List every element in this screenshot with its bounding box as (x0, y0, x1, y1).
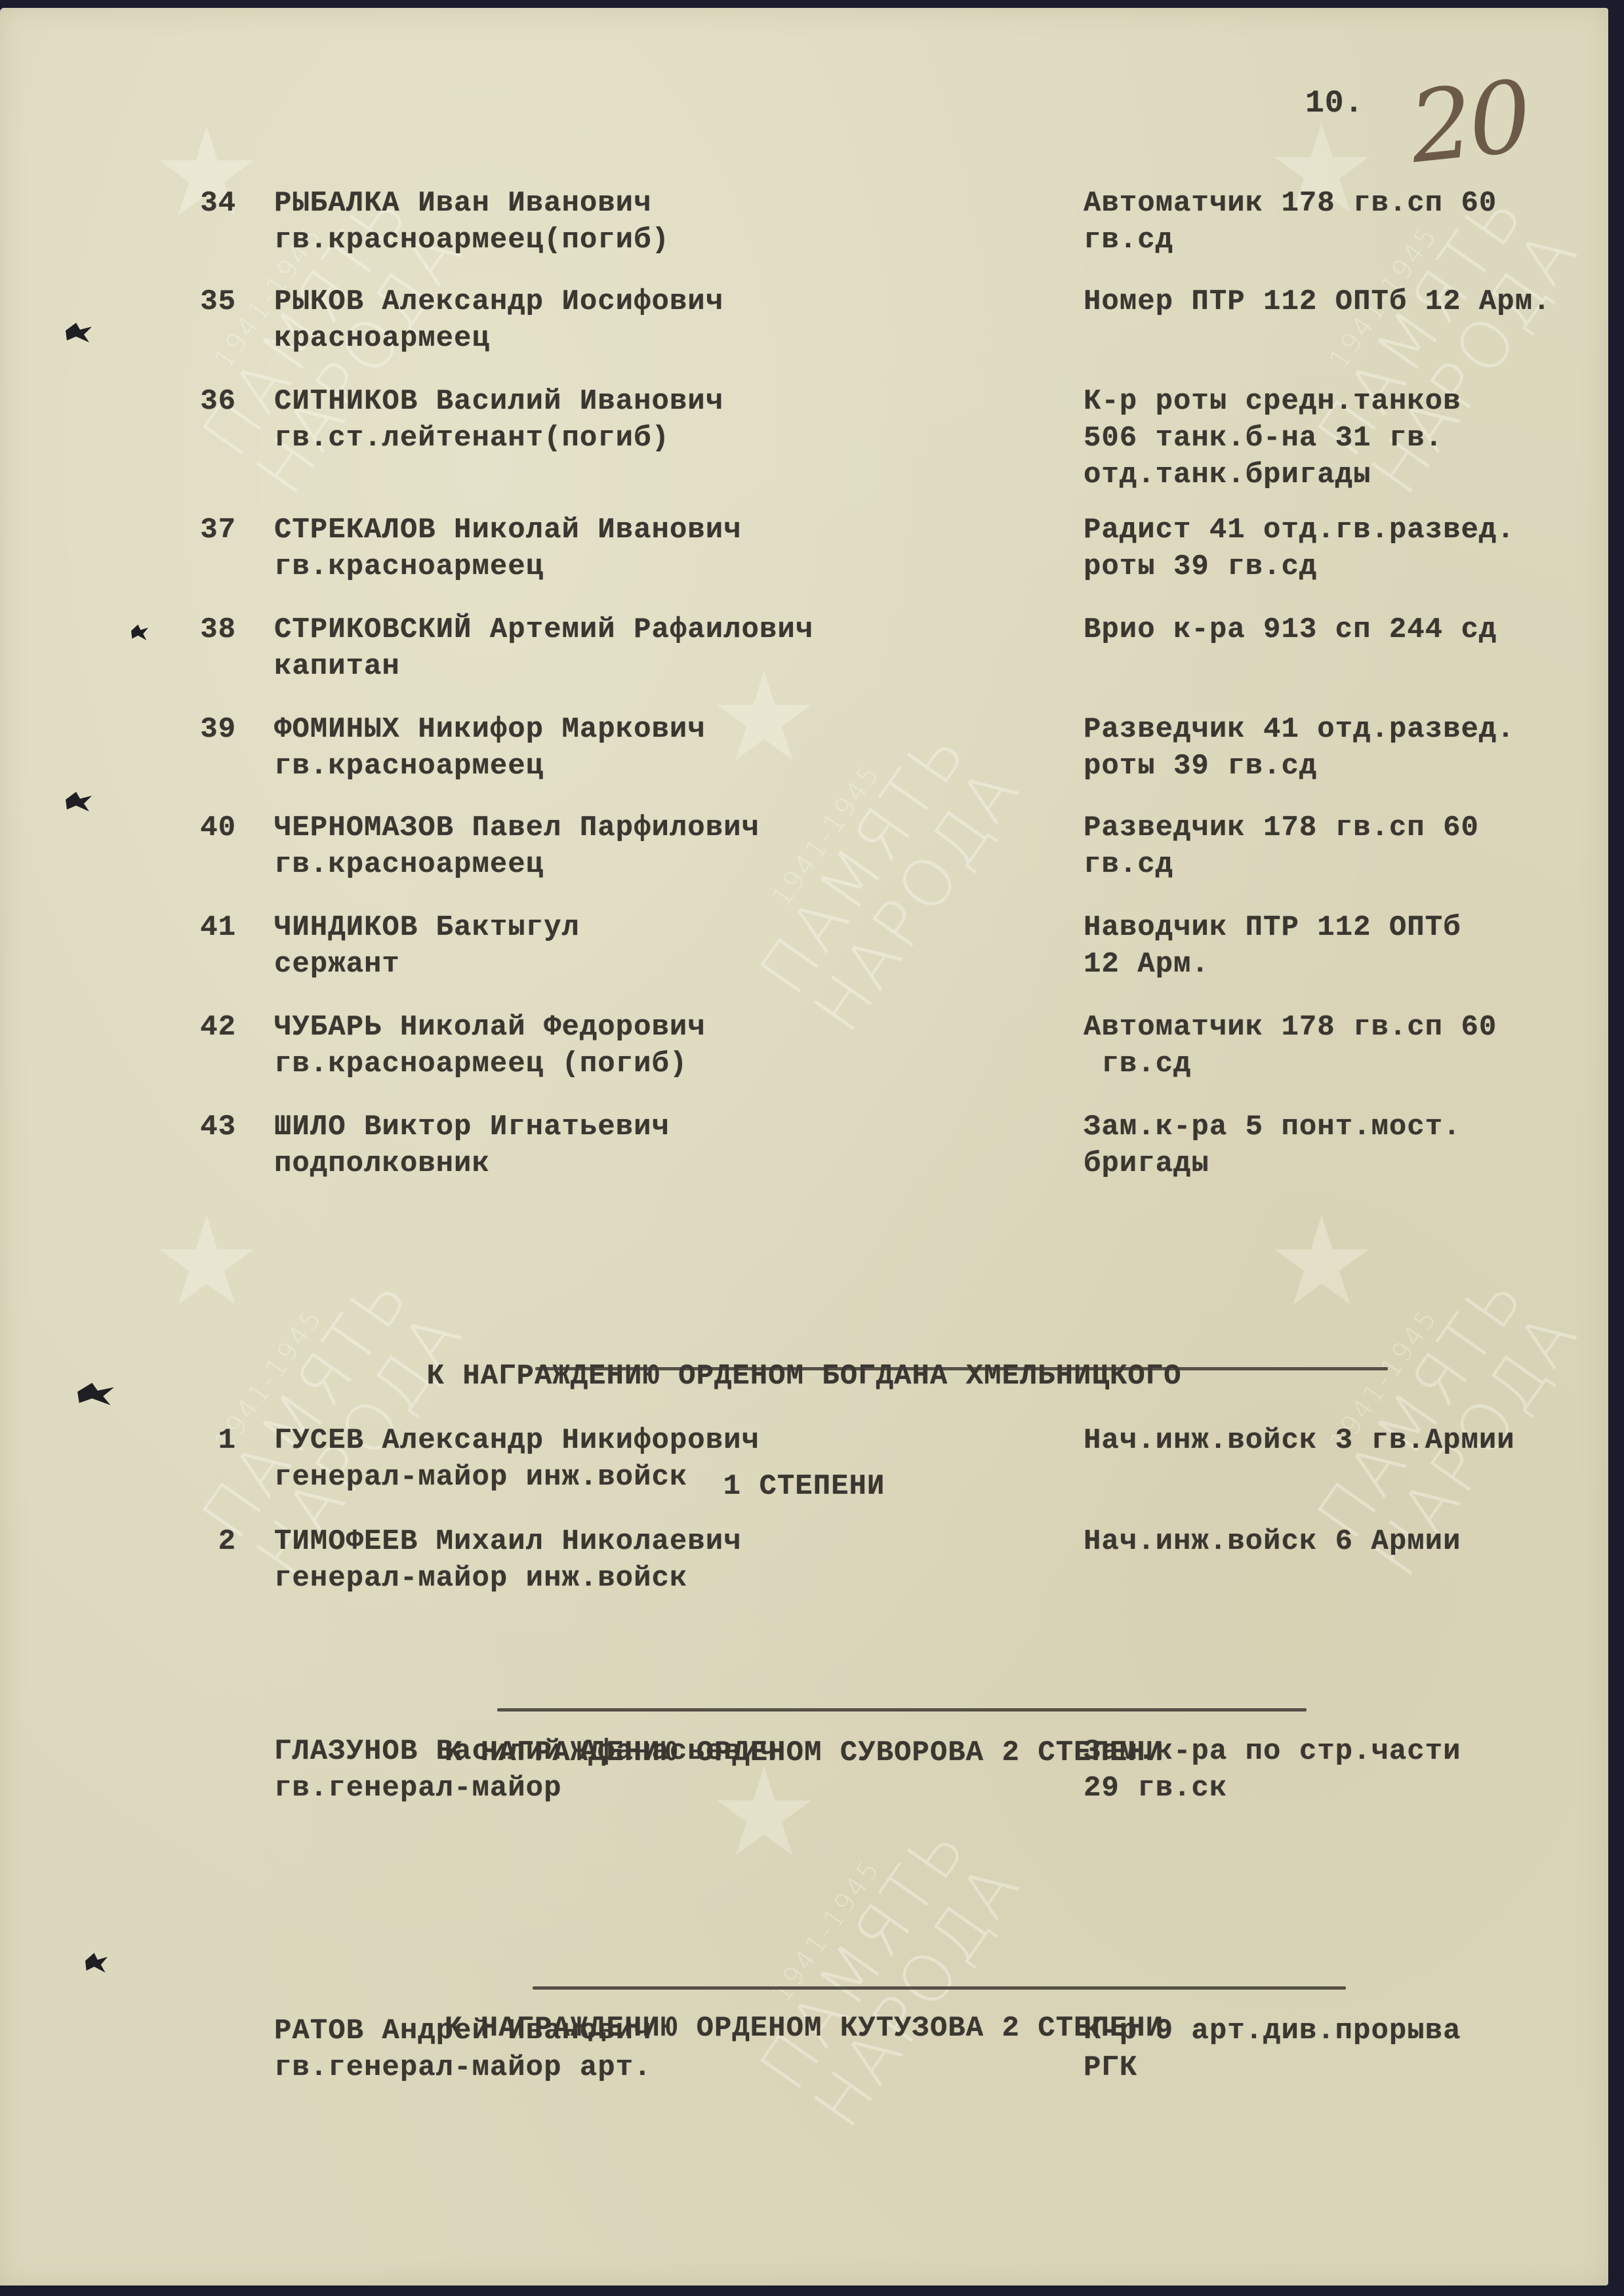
person-rank: гв.генерал-майор (274, 1770, 777, 1807)
person-position: Врио к-ра 913 сп 244 сд (1084, 611, 1497, 648)
person-rank: гв.генерал-майор арт. (274, 2049, 652, 2086)
person-name: ЧУБАРЬ Николай Федорович (274, 1009, 706, 1046)
entry-number: 34 (184, 185, 236, 222)
position-line: Зам.к-ра по стр.части (1084, 1733, 1461, 1770)
page-number: 10. (1305, 85, 1364, 122)
position-line: гв.сд (1084, 1046, 1497, 1082)
entry-number: 1 (184, 1422, 236, 1459)
person-position: Зам.к-ра по стр.части29 гв.ск (1084, 1733, 1461, 1807)
position-line: К-р роты средн.танков (1084, 383, 1461, 420)
position-line: гв.сд (1084, 846, 1479, 883)
person-position: Наводчик ПТР 112 ОПТб12 Арм. (1084, 909, 1461, 983)
position-line: Наводчик ПТР 112 ОПТб (1084, 909, 1461, 946)
position-line: 506 танк.б-на 31 гв. (1084, 420, 1461, 457)
person-position: Автоматчик 178 гв.сп 60 гв.сд (1084, 1009, 1497, 1082)
person-name: СТРИКОВСКИЙ Артемий Рафаилович (274, 611, 813, 648)
position-line: Нач.инж.войск 6 Армии (1084, 1523, 1461, 1560)
position-line: Нач.инж.войск 3 гв.Армии (1084, 1422, 1515, 1459)
entry-number: 40 (184, 810, 236, 846)
person-position: К-р 9 арт.див.прорываРГК (1084, 2013, 1461, 2086)
position-line: роты 39 гв.сд (1084, 748, 1515, 785)
position-line: бригады (1084, 1145, 1461, 1182)
person-block: ГУСЕВ Александр Никифоровичгенерал-майор… (274, 1422, 760, 1496)
person-block: РАТОВ Андрей Ивановичгв.генерал-майор ар… (274, 2013, 652, 2086)
person-name: СИТНИКОВ Василий Иванович (274, 383, 723, 420)
position-line: отд.танк.бригады (1084, 457, 1461, 493)
position-line: Разведчик 178 гв.сп 60 (1084, 810, 1479, 846)
position-line: Автоматчик 178 гв.сп 60 (1084, 1009, 1497, 1046)
person-block: ГЛАЗУНОВ Василий Афанасьевичгв.генерал-м… (274, 1733, 777, 1807)
person-rank: генерал-майор инж.войск (274, 1560, 742, 1597)
person-rank: генерал-майор инж.войск (274, 1459, 760, 1496)
position-line: 12 Арм. (1084, 946, 1461, 983)
person-rank: гв.красноармеец (274, 846, 760, 883)
position-line: гв.сд (1084, 222, 1497, 258)
person-rank: гв.красноармеец(погиб) (274, 222, 670, 258)
person-position: К-р роты средн.танков506 танк.б-на 31 гв… (1084, 383, 1461, 493)
punch-hole (66, 792, 92, 811)
person-block: ШИЛО Виктор Игнатьевичподполковник (274, 1109, 670, 1182)
person-position: Разведчик 41 отд.развед.роты 39 гв.сд (1084, 711, 1515, 785)
position-line: 29 гв.ск (1084, 1770, 1461, 1807)
position-line: Радист 41 отд.гв.развед. (1084, 512, 1515, 548)
person-name: ЧЕРНОМАЗОВ Павел Парфилович (274, 810, 760, 846)
person-name: ТИМОФЕЕВ Михаил Николаевич (274, 1523, 742, 1560)
entry-number: 2 (184, 1523, 236, 1560)
position-line: Номер ПТР 112 ОПТб 12 Арм. (1084, 283, 1551, 320)
person-name: ЧИНДИКОВ Бактыгул (274, 909, 580, 946)
person-block: РЫБАЛКА Иван Ивановичгв.красноармеец(пог… (274, 185, 670, 258)
section-underline (497, 1708, 1307, 1712)
position-line: Разведчик 41 отд.развед. (1084, 711, 1515, 748)
handwritten-sheet-number: 20 (1406, 68, 1533, 178)
person-name: ШИЛО Виктор Игнатьевич (274, 1109, 670, 1145)
person-name: РЫКОВ Александр Иосифович (274, 283, 723, 320)
person-name: СТРЕКАЛОВ Николай Иванович (274, 512, 742, 548)
person-name: ГЛАЗУНОВ Василий Афанасьевич (274, 1733, 777, 1770)
person-name: РАТОВ Андрей Иванович (274, 2013, 652, 2049)
person-position: Нач.инж.войск 6 Армии (1084, 1523, 1461, 1560)
watermark-star-icon (715, 670, 813, 769)
person-rank: подполковник (274, 1145, 670, 1182)
person-rank: капитан (274, 648, 813, 685)
section-underline (533, 1986, 1346, 1990)
person-rank: гв.красноармеец (274, 548, 742, 585)
person-position: Автоматчик 178 гв.сп 60гв.сд (1084, 185, 1497, 258)
entry-number: 42 (184, 1009, 236, 1046)
person-block: ЧИНДИКОВ Бактыгулсержант (274, 909, 580, 983)
entry-number: 36 (184, 383, 236, 420)
person-rank: гв.красноармеец (274, 748, 706, 785)
person-rank: сержант (274, 946, 580, 983)
person-position: Радист 41 отд.гв.развед.роты 39 гв.сд (1084, 512, 1515, 585)
entry-number: 35 (184, 283, 236, 320)
person-name: РЫБАЛКА Иван Иванович (274, 185, 670, 222)
entry-number: 43 (184, 1109, 236, 1145)
person-rank: красноармеец (274, 320, 723, 357)
punch-hole (66, 323, 92, 342)
position-line: Автоматчик 178 гв.сп 60 (1084, 185, 1497, 222)
section-underline (535, 1367, 1388, 1370)
person-position: Зам.к-ра 5 понт.мост.бригады (1084, 1109, 1461, 1182)
person-block: ФОМИНЫХ Никифор Марковичгв.красноармеец (274, 711, 706, 785)
entry-number: 41 (184, 909, 236, 946)
person-rank: гв.красноармеец (погиб) (274, 1046, 706, 1082)
position-line: Зам.к-ра 5 понт.мост. (1084, 1109, 1461, 1145)
position-line: Врио к-ра 913 сп 244 сд (1084, 611, 1497, 648)
person-name: ГУСЕВ Александр Никифорович (274, 1422, 760, 1459)
person-position: Номер ПТР 112 ОПТб 12 Арм. (1084, 283, 1551, 320)
entry-number: 39 (184, 711, 236, 748)
person-position: Нач.инж.войск 3 гв.Армии (1084, 1422, 1515, 1459)
document-page: 1941-1945 ПАМЯТЬ НАРОДА 1941-1945 ПАМЯТЬ… (0, 8, 1608, 2286)
watermark: 1941-1945 ПАМЯТЬ НАРОДА (728, 703, 1032, 1043)
position-line: РГК (1084, 2049, 1461, 2086)
person-rank: гв.ст.лейтенант(погиб) (274, 420, 723, 457)
person-block: ЧУБАРЬ Николай Федоровичгв.красноармеец … (274, 1009, 706, 1082)
punch-hole (131, 625, 148, 640)
entry-number: 37 (184, 512, 236, 548)
person-block: СТРИКОВСКИЙ Артемий Рафаиловичкапитан (274, 611, 813, 685)
position-line: К-р 9 арт.див.прорыва (1084, 2013, 1461, 2049)
person-name: ФОМИНЫХ Никифор Маркович (274, 711, 706, 748)
entry-number: 38 (184, 611, 236, 648)
person-block: СТРЕКАЛОВ Николай Ивановичгв.красноармее… (274, 512, 742, 585)
person-block: РЫКОВ Александр Иосифовичкрасноармеец (274, 283, 723, 357)
person-block: ТИМОФЕЕВ Михаил Николаевичгенерал-майор … (274, 1523, 742, 1597)
person-position: Разведчик 178 гв.сп 60гв.сд (1084, 810, 1479, 883)
person-block: ЧЕРНОМАЗОВ Павел Парфиловичгв.красноарме… (274, 810, 760, 883)
position-line: роты 39 гв.сд (1084, 548, 1515, 585)
person-block: СИТНИКОВ Василий Ивановичгв.ст.лейтенант… (274, 383, 723, 457)
